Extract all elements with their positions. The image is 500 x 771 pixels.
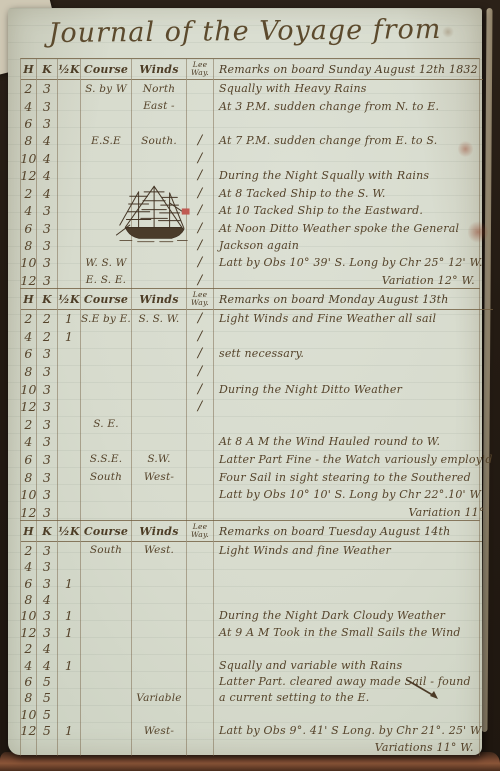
cell-course <box>81 150 132 167</box>
cell-hours: 4 <box>21 657 37 673</box>
cell-winds <box>132 575 187 591</box>
cell-remarks: sett necessary. <box>214 345 493 363</box>
cell-course <box>81 657 132 673</box>
cell-winds <box>132 167 187 184</box>
cell-remarks: Jackson again <box>214 237 483 254</box>
cell-knots: 3 <box>37 237 58 254</box>
cell-half-knots <box>58 219 81 236</box>
cell-course <box>81 640 132 656</box>
cell-remarks <box>214 328 493 346</box>
header-remarks: Remarks on board Sunday August 12th 1832 <box>214 59 483 80</box>
cell-knots: 3 <box>37 575 58 591</box>
cell-remarks <box>214 591 482 607</box>
cell-half-knots: 1 <box>58 624 81 640</box>
cell-remarks: During the Night Squally with Rains <box>214 167 483 184</box>
cell-remarks: Variation 11° <box>214 503 493 521</box>
cell-leeway: / <box>187 328 214 346</box>
cell-knots: 3 <box>37 202 58 219</box>
cell-winds <box>132 328 187 346</box>
cell-half-knots: 1 <box>58 575 81 591</box>
cell-course: South <box>81 542 132 558</box>
cell-half-knots <box>58 486 81 504</box>
cell-leeway <box>187 690 214 706</box>
cell-winds <box>132 558 187 574</box>
cell-winds <box>132 673 187 689</box>
header-leeway: LeeWay. <box>187 59 214 80</box>
cell-hours: 4 <box>21 433 37 451</box>
cell-hours: 2 <box>21 184 37 201</box>
cell-leeway <box>187 608 214 624</box>
cell-leeway <box>187 591 214 607</box>
cell-knots: 4 <box>37 184 58 201</box>
cell-knots: 3 <box>37 542 58 558</box>
cell-remarks <box>214 416 493 434</box>
cell-leeway: / <box>187 363 214 381</box>
cell-leeway <box>187 97 214 114</box>
cell-half-knots <box>58 380 81 398</box>
cell-hours: 10 <box>21 486 37 504</box>
header-course: Course <box>81 59 132 80</box>
cell-hours: 4 <box>21 328 37 346</box>
cell-winds <box>132 272 187 289</box>
cell-half-knots <box>58 706 81 722</box>
cell-winds: West- <box>132 723 187 739</box>
cell-knots: 3 <box>37 363 58 381</box>
cell-leeway <box>187 451 214 469</box>
cell-half-knots: 1 <box>58 328 81 346</box>
cell-hours: 6 <box>21 115 37 132</box>
header-knots: K <box>37 521 58 542</box>
cell-half-knots <box>58 591 81 607</box>
cell-course <box>81 97 132 114</box>
cell-hours: 8 <box>21 363 37 381</box>
cell-knots: 3 <box>37 416 58 434</box>
header-winds: Winds <box>132 59 187 80</box>
cell-winds <box>132 345 187 363</box>
cell-half-knots <box>58 202 81 219</box>
cell-course <box>81 673 132 689</box>
cell-hours: 8 <box>21 132 37 149</box>
cell-course <box>81 433 132 451</box>
cell-half-knots <box>58 558 81 574</box>
cell-leeway <box>187 503 214 521</box>
cell-winds <box>132 503 187 521</box>
cell-course: South <box>81 468 132 486</box>
cell-knots: 3 <box>37 451 58 469</box>
cell-remarks: At 10 Tacked Ship to the Eastward. <box>214 202 483 219</box>
page-title: Journal of the Voyage from <box>8 14 482 50</box>
cell-leeway <box>187 80 214 97</box>
cell-hours: 10 <box>21 254 37 271</box>
cell-winds <box>132 486 187 504</box>
cell-course <box>81 398 132 416</box>
cell-hours: 10 <box>21 150 37 167</box>
cell-knots: 3 <box>37 624 58 640</box>
cell-leeway: / <box>187 272 214 289</box>
cell-remarks <box>214 575 482 591</box>
cell-empty <box>58 739 81 756</box>
header-half-knots: ½K <box>58 289 81 310</box>
header-knots: K <box>37 289 58 310</box>
cell-winds <box>132 433 187 451</box>
log-table-august-12: HK½KCourseWindsLeeWay.Remarks on board S… <box>20 58 480 289</box>
cell-course <box>81 706 132 722</box>
cell-remarks: Latter Part Fine - the Watch variously e… <box>214 451 493 469</box>
cell-winds: West- <box>132 468 187 486</box>
cell-knots: 3 <box>37 80 58 97</box>
cell-leeway <box>187 723 214 739</box>
cell-half-knots <box>58 254 81 271</box>
cell-knots: 4 <box>37 167 58 184</box>
cell-leeway <box>187 640 214 656</box>
cell-hours: 12 <box>21 167 37 184</box>
cell-hours: 2 <box>21 80 37 97</box>
cell-hours: 12 <box>21 624 37 640</box>
cell-half-knots <box>58 184 81 201</box>
cell-winds: S.W. <box>132 451 187 469</box>
cell-half-knots <box>58 167 81 184</box>
header-winds: Winds <box>132 521 187 542</box>
cell-course <box>81 608 132 624</box>
cell-leeway <box>187 624 214 640</box>
cell-course: W. S. W <box>81 254 132 271</box>
header-half-knots: ½K <box>58 521 81 542</box>
cell-course <box>81 328 132 346</box>
cell-remarks: Latt by Obs 10° 10' S. Long by Chr 22°.1… <box>214 486 493 504</box>
cell-leeway <box>187 468 214 486</box>
cell-half-knots <box>58 640 81 656</box>
cell-hours: 4 <box>21 97 37 114</box>
cell-hours: 10 <box>21 706 37 722</box>
header-hours: H <box>21 289 37 310</box>
cell-course <box>81 624 132 640</box>
cell-hours: 10 <box>21 608 37 624</box>
cell-leeway <box>187 706 214 722</box>
cell-leeway <box>187 542 214 558</box>
cell-knots: 5 <box>37 723 58 739</box>
cell-winds: Variable <box>132 690 187 706</box>
cell-half-knots: 1 <box>58 723 81 739</box>
cell-course <box>81 380 132 398</box>
cell-knots: 4 <box>37 591 58 607</box>
cell-knots: 3 <box>37 468 58 486</box>
cell-hours: 8 <box>21 237 37 254</box>
cell-knots: 3 <box>37 380 58 398</box>
cell-winds <box>132 706 187 722</box>
cell-hours: 4 <box>21 202 37 219</box>
cell-empty <box>81 739 132 756</box>
cell-winds <box>132 398 187 416</box>
cell-half-knots <box>58 673 81 689</box>
cell-winds <box>132 657 187 673</box>
cell-remarks <box>214 558 482 574</box>
cell-remarks <box>214 706 482 722</box>
cell-knots: 2 <box>37 310 58 328</box>
cell-leeway <box>187 416 214 434</box>
cell-leeway <box>187 575 214 591</box>
cell-remarks: At 7 P.M. sudden change from E. to S. <box>214 132 483 149</box>
cell-remarks: Squally with Heavy Rains <box>214 80 483 97</box>
cell-half-knots <box>58 80 81 97</box>
cell-course <box>81 363 132 381</box>
ink-arrow-icon <box>404 677 446 705</box>
cell-knots: 4 <box>37 640 58 656</box>
cell-leeway: / <box>187 132 214 149</box>
ship-sketch-icon <box>112 183 194 245</box>
cell-winds <box>132 363 187 381</box>
cell-knots: 3 <box>37 254 58 271</box>
cell-remarks: During the Night Ditto Weather <box>214 380 493 398</box>
log-table-august-14: HK½KCourseWindsLeeWay.Remarks on board T… <box>20 520 480 756</box>
cell-half-knots <box>58 433 81 451</box>
cell-leeway <box>187 486 214 504</box>
cell-half-knots <box>58 451 81 469</box>
cell-remarks: At 8 Tacked Ship to the S. W. <box>214 184 483 201</box>
cell-leeway <box>187 558 214 574</box>
cell-course <box>81 723 132 739</box>
cell-course: S. E. <box>81 416 132 434</box>
cell-knots: 5 <box>37 706 58 722</box>
cell-remarks: Latt by Obs 10° 39' S. Long by Chr 25° 1… <box>214 254 483 271</box>
cell-remarks: During the Night Dark Cloudy Weather <box>214 608 482 624</box>
cell-hours: 10 <box>21 380 37 398</box>
cell-course: S.S.E. <box>81 451 132 469</box>
cell-winds: West. <box>132 542 187 558</box>
cell-hours: 8 <box>21 591 37 607</box>
logbook-photo: Journal of the Voyage from HK½KCourseWin… <box>0 0 500 771</box>
cell-winds: S. S. W. <box>132 310 187 328</box>
cell-remarks: At 3 P.M. sudden change from N. to E. <box>214 97 483 114</box>
cell-half-knots <box>58 97 81 114</box>
cell-hours: 12 <box>21 272 37 289</box>
cell-knots: 3 <box>37 345 58 363</box>
header-course: Course <box>81 521 132 542</box>
cell-hours: 12 <box>21 723 37 739</box>
cell-remarks <box>214 398 493 416</box>
cell-winds <box>132 416 187 434</box>
cell-winds <box>132 624 187 640</box>
cell-leeway: / <box>187 345 214 363</box>
cell-knots: 3 <box>37 558 58 574</box>
cell-remarks: Light Winds and fine Weather <box>214 542 482 558</box>
cell-course: S. by W <box>81 80 132 97</box>
cell-hours: 6 <box>21 451 37 469</box>
cell-leeway: / <box>187 398 214 416</box>
cell-empty <box>132 739 187 756</box>
cell-half-knots <box>58 690 81 706</box>
cell-course <box>81 486 132 504</box>
cell-winds: South. <box>132 132 187 149</box>
header-course: Course <box>81 289 132 310</box>
cell-leeway: / <box>187 380 214 398</box>
cell-knots: 4 <box>37 150 58 167</box>
cell-hours: 2 <box>21 310 37 328</box>
cell-knots: 3 <box>37 219 58 236</box>
cell-knots: 3 <box>37 97 58 114</box>
header-hours: H <box>21 59 37 80</box>
cell-knots: 4 <box>37 657 58 673</box>
cell-remarks <box>214 363 493 381</box>
cell-empty <box>37 739 58 756</box>
cell-empty <box>187 739 214 756</box>
header-hours: H <box>21 521 37 542</box>
cell-hours: 8 <box>21 690 37 706</box>
cell-winds <box>132 150 187 167</box>
cell-hours: 6 <box>21 219 37 236</box>
cell-half-knots <box>58 150 81 167</box>
journal-page: Journal of the Voyage from HK½KCourseWin… <box>8 8 482 755</box>
cell-empty <box>21 739 37 756</box>
cell-half-knots <box>58 398 81 416</box>
cell-half-knots <box>58 237 81 254</box>
header-remarks: Remarks on board Monday August 13th <box>214 289 493 310</box>
header-leeway: LeeWay. <box>187 521 214 542</box>
cell-half-knots <box>58 363 81 381</box>
cell-leeway: / <box>187 310 214 328</box>
cell-remarks <box>214 640 482 656</box>
cell-winds <box>132 640 187 656</box>
cell-knots: 3 <box>37 486 58 504</box>
cell-leeway: / <box>187 150 214 167</box>
cell-knots: 3 <box>37 608 58 624</box>
variation-note: Variations 11° W. <box>214 739 482 756</box>
cell-half-knots <box>58 115 81 132</box>
cell-hours: 2 <box>21 640 37 656</box>
cell-hours: 6 <box>21 673 37 689</box>
cell-winds <box>132 591 187 607</box>
cell-course <box>81 503 132 521</box>
cell-remarks: At 9 A M Took in the Small Sails the Win… <box>214 624 482 640</box>
cell-hours: 6 <box>21 345 37 363</box>
header-leeway: LeeWay. <box>187 289 214 310</box>
cell-remarks <box>214 115 483 132</box>
cell-course <box>81 558 132 574</box>
cell-course: E.S.E <box>81 132 132 149</box>
cell-leeway <box>187 433 214 451</box>
cell-hours: 12 <box>21 503 37 521</box>
cell-leeway <box>187 673 214 689</box>
cell-course <box>81 115 132 132</box>
cell-winds <box>132 380 187 398</box>
cell-hours: 8 <box>21 468 37 486</box>
cell-half-knots <box>58 416 81 434</box>
cell-half-knots <box>58 345 81 363</box>
cell-course <box>81 345 132 363</box>
cell-course: E. S. E. <box>81 272 132 289</box>
cell-hours: 2 <box>21 542 37 558</box>
cell-winds <box>132 608 187 624</box>
cell-hours: 12 <box>21 398 37 416</box>
cell-remarks: Latt by Obs 9°. 41' S Long. by Chr 21°. … <box>214 723 482 739</box>
header-remarks: Remarks on board Tuesday August 14th <box>214 521 482 542</box>
cell-remarks: Four Sail in sight stearing to the South… <box>214 468 493 486</box>
cell-leeway <box>187 115 214 132</box>
header-half-knots: ½K <box>58 59 81 80</box>
cell-leeway: / <box>187 167 214 184</box>
cell-half-knots: 1 <box>58 657 81 673</box>
cell-knots: 5 <box>37 673 58 689</box>
cell-remarks: At 8 A M the Wind Hauled round to W. <box>214 433 493 451</box>
cell-half-knots <box>58 503 81 521</box>
cell-knots: 3 <box>37 272 58 289</box>
cell-knots: 3 <box>37 115 58 132</box>
cell-winds: North <box>132 80 187 97</box>
cell-hours: 4 <box>21 558 37 574</box>
cell-winds <box>132 254 187 271</box>
cell-knots: 3 <box>37 503 58 521</box>
cell-winds: East - <box>132 97 187 114</box>
header-winds: Winds <box>132 289 187 310</box>
cell-knots: 2 <box>37 328 58 346</box>
cell-half-knots <box>58 272 81 289</box>
cell-knots: 4 <box>37 132 58 149</box>
cell-course <box>81 167 132 184</box>
cell-remarks: Squally and variable with Rains <box>214 657 482 673</box>
cell-half-knots <box>58 468 81 486</box>
log-table-august-13: HK½KCourseWindsLeeWay.Remarks on board M… <box>20 288 480 521</box>
cell-half-knots: 1 <box>58 310 81 328</box>
cell-knots: 3 <box>37 433 58 451</box>
cell-hours: 2 <box>21 416 37 434</box>
cell-course <box>81 575 132 591</box>
cell-half-knots: 1 <box>58 608 81 624</box>
header-knots: K <box>37 59 58 80</box>
cell-remarks: Light Winds and Fine Weather all sail <box>214 310 493 328</box>
cell-leeway <box>187 657 214 673</box>
cell-remarks: Variation 12° W. <box>214 272 483 289</box>
cell-knots: 3 <box>37 398 58 416</box>
cell-half-knots <box>58 132 81 149</box>
cell-winds <box>132 115 187 132</box>
cell-course <box>81 591 132 607</box>
cell-half-knots <box>58 542 81 558</box>
cell-knots: 5 <box>37 690 58 706</box>
cell-leeway: / <box>187 254 214 271</box>
cell-course: S.E by E. <box>81 310 132 328</box>
cell-remarks: At Noon Ditto Weather spoke the General <box>214 219 483 236</box>
cell-hours: 6 <box>21 575 37 591</box>
cell-remarks <box>214 150 483 167</box>
cell-course <box>81 690 132 706</box>
